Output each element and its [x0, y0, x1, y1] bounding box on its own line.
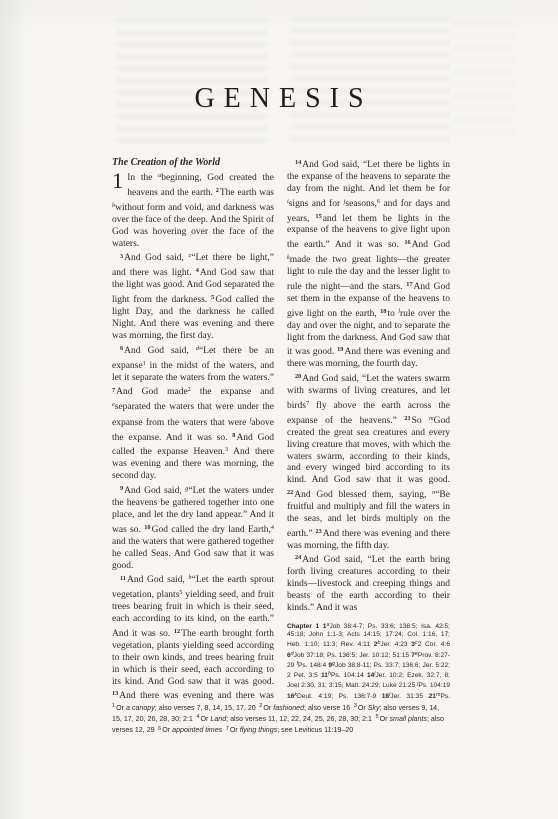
footnote-number: 2 — [259, 703, 262, 709]
cross-references-text: 1aJob 38:4-7; Ps. 33:6; 136:5; Isa. 42:5… — [287, 623, 450, 702]
verse-paragraph: 24And God said, “Let the earth bring for… — [287, 552, 450, 614]
verse-paragraph: 1In the abeginning, God created the heav… — [112, 170, 274, 250]
section-heading: The Creation of the World — [112, 157, 274, 169]
footnote-number: 3 — [354, 703, 357, 709]
footnote-number: 4 — [196, 714, 199, 720]
footnote-number: 7 — [226, 726, 229, 732]
verse-paragraph: 14And God said, “Let there be lights in … — [287, 157, 450, 371]
bleedthrough-texture-right — [290, 16, 450, 148]
right-column: 14And God said, “Let there be lights in … — [287, 157, 450, 702]
footnote-item: 1Or a canopy; also verses 7, 8, 14, 15, … — [112, 704, 256, 712]
footnote-item: 6Or appointed times — [158, 726, 222, 734]
cross-references-block: Chapter 1 1aJob 38:4-7; Ps. 33:6; 136:5;… — [287, 615, 450, 702]
verse-paragraph: 6And God said, d“Let there be an expanse… — [112, 343, 274, 484]
footnote-number: 6 — [158, 726, 161, 732]
bleedthrough-texture-left — [116, 18, 268, 146]
left-column-paragraphs: 1In the abeginning, God created the heav… — [112, 170, 274, 702]
bleedthrough-texture-margin — [452, 22, 516, 140]
bible-page: GENESIS The Creation of the World 1In th… — [0, 0, 558, 819]
footnote-number: 1 — [112, 703, 115, 709]
footnote-run: 1Or a canopy; also verses 7, 8, 14, 15, … — [112, 702, 450, 736]
footnote-item: 2Or fashioned; also verse 16 — [259, 704, 350, 712]
verse-paragraph: 11And God said, h“Let the earth sprout v… — [112, 572, 274, 702]
book-title: GENESIS — [0, 83, 558, 115]
footnote-item: 4Or Land; also verses 11, 12, 22, 24, 25… — [196, 715, 372, 723]
footnote-number: 5 — [376, 714, 379, 720]
footnote-item: 7Or flying things; see Leviticus 11:19–2… — [226, 726, 353, 734]
verse-paragraph: 3And God said, c“Let there be light,” an… — [112, 250, 274, 342]
verse-paragraph: 20And God said, “Let the waters swarm wi… — [287, 371, 450, 552]
footnotes-block: 1Or a canopy; also verses 7, 8, 14, 15, … — [112, 702, 450, 736]
text-columns: The Creation of the World 1In the abegin… — [112, 157, 450, 702]
chapter-number: 1 — [112, 170, 127, 190]
verse-paragraph: 9And God said, g“Let the waters under th… — [112, 483, 274, 572]
chapter-label: Chapter 1 — [287, 623, 319, 630]
left-column: The Creation of the World 1In the abegin… — [112, 157, 274, 702]
right-column-paragraphs: 14And God said, “Let there be lights in … — [287, 157, 450, 615]
